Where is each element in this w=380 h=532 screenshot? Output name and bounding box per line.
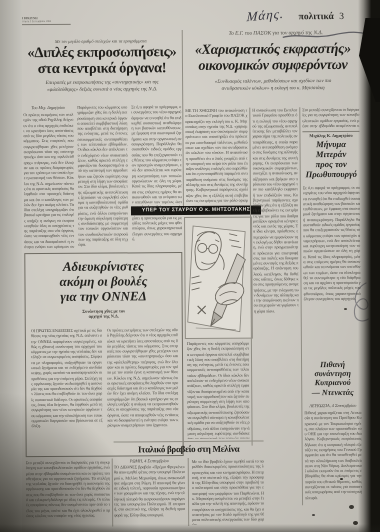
right-col-c-bottom: Πιθανή χαρακτηρίζεται στη Λευκωσία η συν… [304, 410, 362, 504]
masthead-slug: Η ΒΡΑΔΥΝΗ Τετάρτη 5 Σεπτεμβρίου 1984 [21, 16, 71, 25]
right-col-c-mid: Σε ό,τι αφορά το πρόγραμμα, οι συνεργάτε… [303, 185, 361, 357]
page-number: 3 [339, 12, 344, 22]
right-col-a: ΜΕ ΤΗ ΧΘΕΣΙΝΗ του ανακοίνωση το Εκτελεστ… [185, 108, 248, 203]
scan-bottom-shadow [0, 524, 380, 532]
section-and-page: πολιτικά 3 [299, 12, 344, 22]
right-col-c-top: Στο μεταξύ συνεχίζονται οι διεργασίες γι… [302, 107, 359, 129]
subhead-line: Πρωθυπουργό [303, 169, 360, 179]
mitsotakis-caricature-sketch [184, 217, 253, 339]
melina-col-2: Με το ίδιο βραβείο έχουν τιμηθεί κατά το… [192, 458, 264, 525]
onned-headline: Αδιευκρίνιστες ακόμη οι βουλές για την Ο… [25, 259, 181, 305]
subhead-line: συνάντηση [304, 369, 361, 379]
left-article-byline: Του Μιχ. Δημητρίου [23, 105, 73, 110]
right-headline-line1: «Χαρισματικός εκφραστής» [187, 42, 359, 59]
right-article-subtitle: «Συνδυασμός ταλέντων, μεθοδεύσεων και σχ… [207, 79, 339, 93]
divider [182, 30, 184, 206]
handwritten-month-note: Μάης. [246, 6, 284, 26]
caption-bar: ΥΠΕΡ ΤΟΥ ΣΤΑΥΡΟΥ Ο κ. ΜΗΤΣΟΤΑΚΗΣ [131, 206, 261, 216]
divider [188, 458, 189, 526]
subhead-line: Κυπριανού [304, 378, 361, 388]
left-article-kicker: Με τον μεγάλο αριθμό στελεχών και τα προ… [25, 38, 177, 44]
onned-subtitle: Συνάντηση χθες με τον αρχηγό της Ν.Δ. [26, 308, 182, 319]
right-article-headline: «Χαρισματικός εκφραστής» οικονομικών συμ… [187, 42, 359, 75]
masthead-date: Τετάρτη 5 Σεπτεμβρίου 1984 [21, 20, 71, 23]
left-article-subtitle: Επιτροπές με εκπροσωπήσεις της «συντηρητ… [41, 80, 163, 94]
onned-headline-line3: για την ΟΝΝΕΔ [26, 289, 182, 305]
right-headline-line2: οικονομικών συμφερόντων [187, 57, 359, 74]
subhead-line: — Ντενκτάς [304, 387, 361, 397]
right-col-a2: Παράγοντες του κόμματος υπογράμμιζαν χθε… [187, 341, 250, 439]
newspaper-page-scan: Η ΒΡΑΔΥΝΗ Τετάρτη 5 Σεπτεμβρίου 1984 Μάη… [0, 0, 380, 532]
kyprianou-denktash-subhead: Πιθανή συνάντηση Κυπριανού — Ντενκτάς [304, 360, 361, 397]
section-label: πολιτικά [299, 12, 334, 22]
nicosia-dateline: ΛΕΥΚΩΣΙΑ, 4 Σεπτεμβρίου [304, 403, 361, 408]
left-headline-line2: στα κεντρικά όργανα! [23, 61, 181, 78]
right-column-byline: Μιχάλης Κ. Δημητρίου [302, 131, 359, 138]
scan-bottom-left-shadow [0, 392, 150, 532]
mitterrand-subhead: Μήνυμα Μιτεράν προς τον Πρωθυπουργό [302, 140, 359, 180]
subhead-line: Πιθανή [304, 360, 361, 370]
left-col-2: Παράγοντες του κόμματος υπογράμμιζαν χθε… [77, 104, 128, 250]
left-col-3: Σε ό,τι αφορά το πρόγραμμα, οι συνεργάτε… [131, 104, 182, 250]
onned-subtitle-line2: αρχηγό της Ν.Δ. [26, 313, 182, 319]
text-column: Οι πρώτες εκτιμήσεις των στελεχών της οδ… [23, 112, 74, 250]
left-article-headline: «Διπλές εκπροσωπήσεις» στα κεντρικά όργα… [23, 45, 181, 77]
scan-speckles [340, 478, 343, 480]
right-col-b: Η ανακοίνωση του Εκτελεστικού Γραφείου π… [252, 107, 299, 445]
left-col-1: Του Μιχ. Δημητρίου Οι πρώτες εκτιμήσεις … [23, 105, 74, 251]
sketch-drawing-icon [185, 218, 252, 338]
